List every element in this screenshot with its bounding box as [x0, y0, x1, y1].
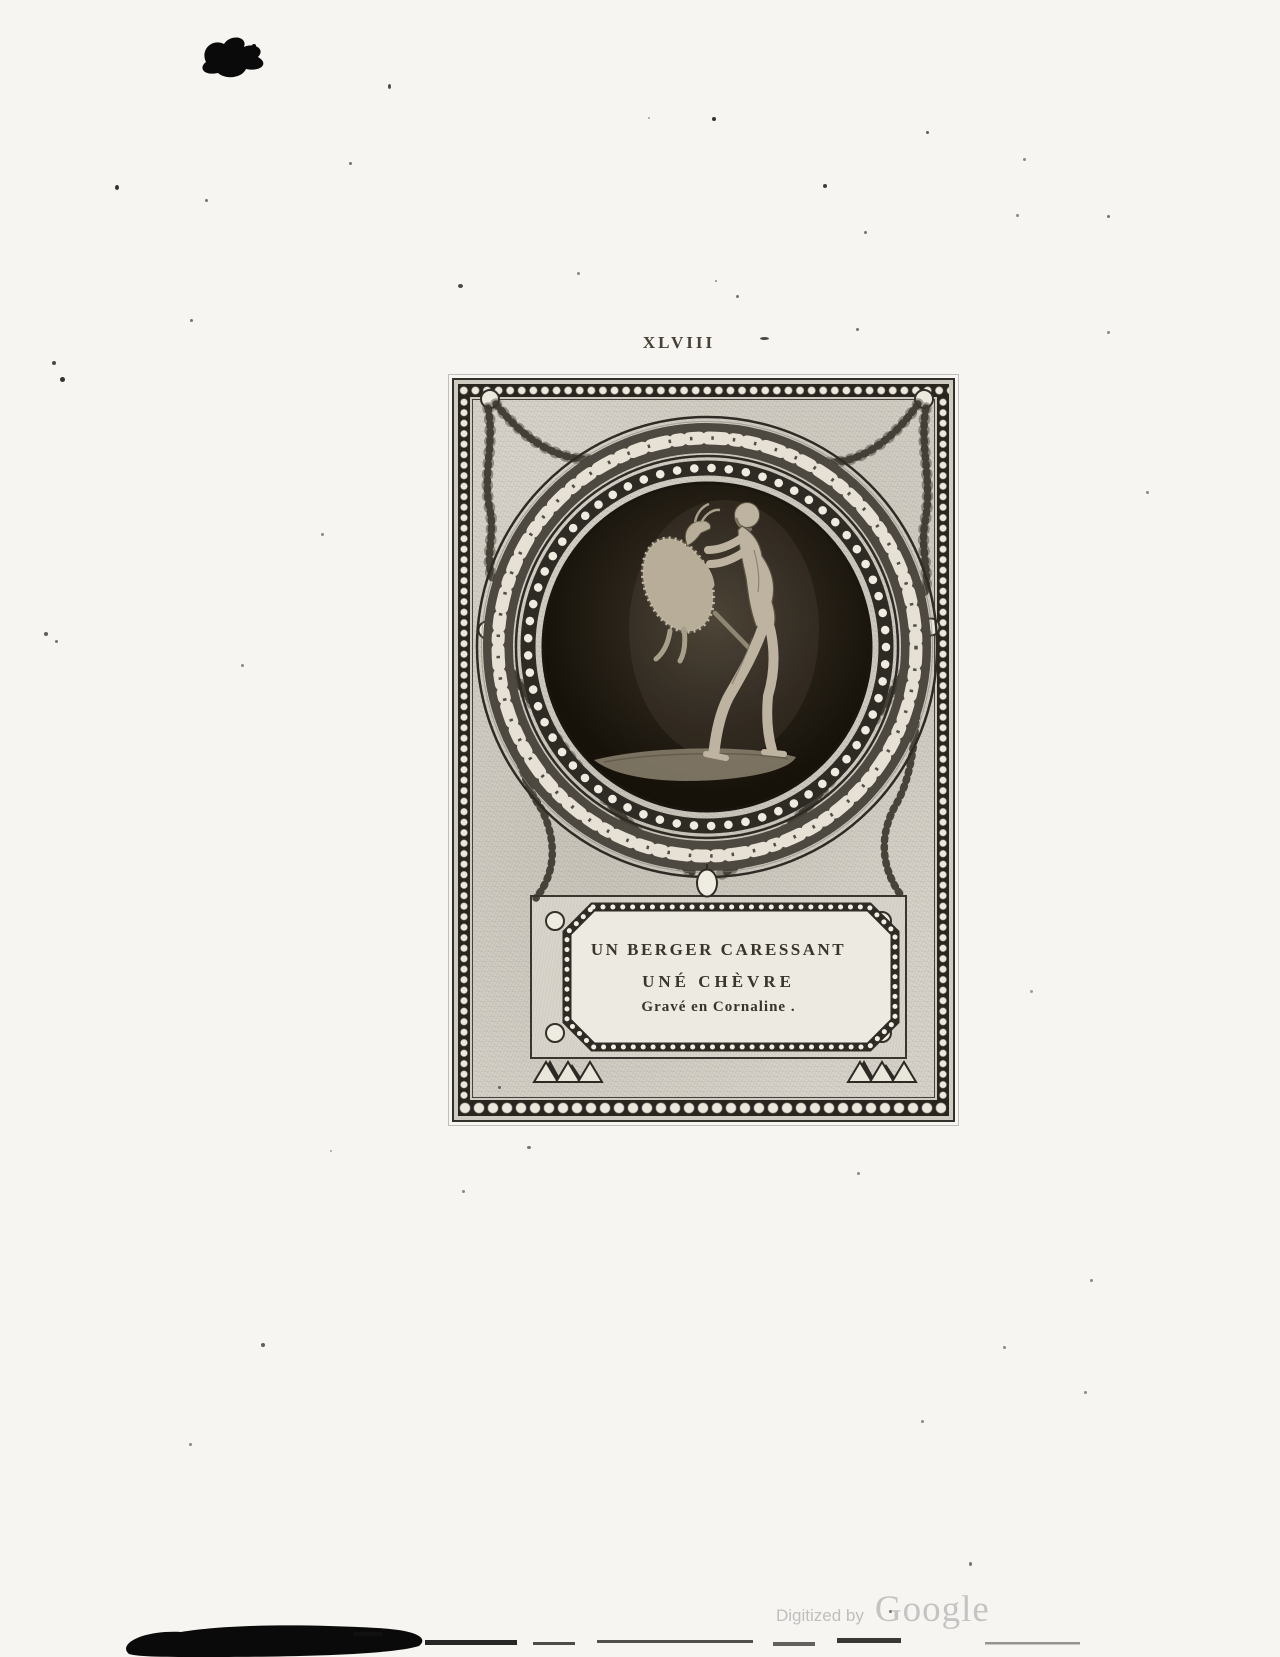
ink-speck: [189, 1443, 192, 1446]
ink-speck: [190, 319, 193, 322]
ink-speck: [60, 377, 65, 382]
ink-speck: [388, 84, 391, 89]
ink-speck: [458, 284, 463, 288]
ink-speck: [1084, 1391, 1087, 1394]
ink-speck: [1107, 331, 1110, 334]
digitization-watermark: Digitized by Google: [776, 1588, 990, 1631]
ink-speck: [857, 1172, 860, 1175]
bead-border-top: [458, 384, 949, 397]
ink-speck: [1090, 1279, 1093, 1282]
ink-speck: [261, 1343, 265, 1347]
google-logo-text: Google: [875, 1588, 990, 1631]
ink-speck: [577, 272, 580, 275]
caption-line-2: UNÉ CHÈVRE: [530, 972, 907, 992]
bead-border-left: [458, 397, 470, 1100]
caption-line-3: Gravé en Cornaline .: [530, 999, 907, 1016]
ink-speck: [55, 640, 58, 643]
ink-speck: [648, 117, 650, 119]
ink-speck: [527, 1146, 531, 1149]
ink-speck: [736, 295, 739, 298]
scanned-book-page: XLVIII: [0, 0, 1280, 1657]
ink-speck: [1107, 215, 1110, 218]
ink-blot-top-left: [190, 22, 274, 84]
caption-text-block: UN BERGER CARESSANT UNÉ CHÈVRE Gravé en …: [530, 895, 907, 1059]
ink-speck: [969, 1562, 972, 1566]
bead-border-bottom: [458, 1100, 949, 1116]
ink-speck: [864, 231, 867, 234]
ink-speck: [712, 117, 716, 121]
ink-speck: [115, 185, 119, 190]
ink-speck: [44, 632, 48, 636]
engraved-plate-frame: UN BERGER CARESSANT UNÉ CHÈVRE Gravé en …: [452, 378, 955, 1122]
ink-speck: [52, 361, 56, 365]
ink-speck: [321, 533, 324, 536]
ink-speck: [462, 1190, 465, 1193]
ink-speck: [205, 199, 208, 202]
ink-speck: [349, 162, 352, 165]
plate-number: XLVIII: [594, 333, 764, 353]
bead-border-right: [937, 397, 949, 1100]
ink-speck: [715, 280, 717, 282]
caption-line-1: UN BERGER CARESSANT: [530, 940, 907, 960]
ink-speck: [823, 184, 827, 188]
ink-speck: [856, 328, 859, 331]
ink-speck: [330, 1150, 332, 1152]
ink-speck: [1023, 158, 1026, 161]
ink-speck: [921, 1420, 924, 1423]
ink-speck: [1030, 990, 1033, 993]
ink-speck: [1016, 214, 1019, 217]
ink-speck: [241, 664, 244, 667]
ink-speck: [1146, 491, 1149, 494]
ink-speck: [926, 131, 929, 134]
ink-speck: [1003, 1346, 1006, 1349]
watermark-prefix: Digitized by: [776, 1606, 864, 1626]
